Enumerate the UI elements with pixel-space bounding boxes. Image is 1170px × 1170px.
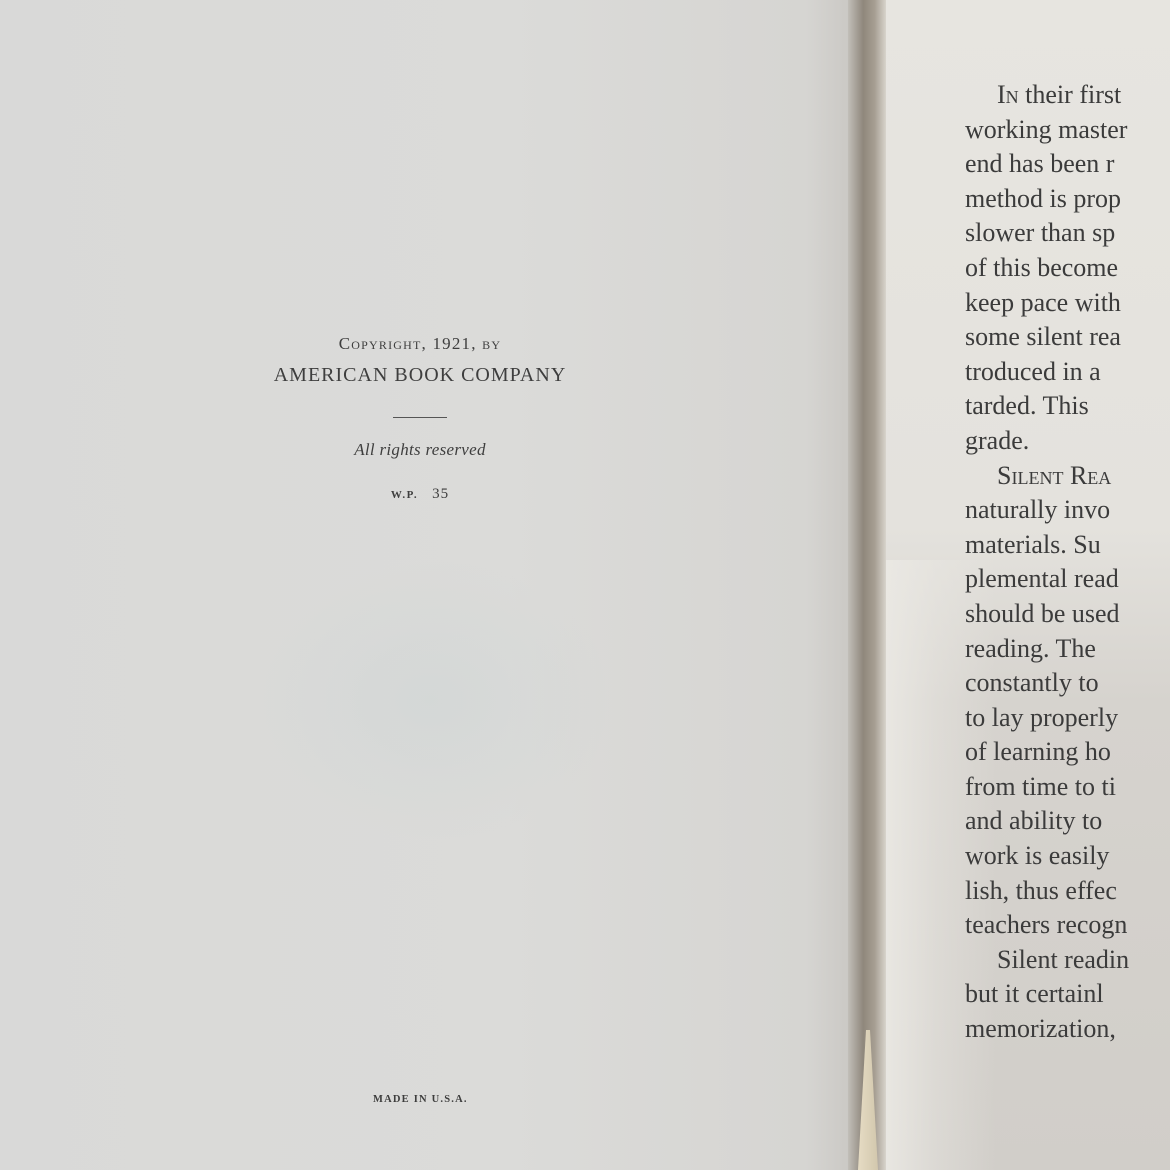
- print-code: W.P.35: [240, 486, 600, 503]
- publisher-name: AMERICAN BOOK COMPANY: [240, 364, 600, 387]
- made-in-usa: MADE IN U.S.A.: [373, 1094, 468, 1105]
- text-line: troduced in a: [965, 355, 1170, 390]
- text-line: constantly to: [965, 666, 1170, 701]
- text-line: but it certainl: [965, 977, 1170, 1012]
- left-page-copyright: [0, 0, 848, 1170]
- text-line: of learning ho: [965, 735, 1170, 770]
- book-gutter: [848, 0, 886, 1170]
- text-line: and ability to: [965, 804, 1170, 839]
- divider-rule: [393, 417, 447, 418]
- text-line: materials. Su: [965, 528, 1170, 563]
- small-caps-lead: Silent Rea: [997, 461, 1111, 490]
- text-line: Silent Rea: [965, 459, 1170, 494]
- rights-reserved: All rights reserved: [240, 440, 600, 460]
- copyright-notice: Copyright, 1921, by AMERICAN BOOK COMPAN…: [240, 330, 600, 503]
- text-line: lish, thus effec: [965, 874, 1170, 909]
- text-line: work is easily: [965, 839, 1170, 874]
- text-line: some silent rea: [965, 320, 1170, 355]
- text-line: to lay properly: [965, 701, 1170, 736]
- print-code-number: 35: [432, 486, 449, 502]
- text-line: reading. The: [965, 632, 1170, 667]
- print-code-label: W.P.: [391, 489, 418, 501]
- text-line: In their first: [965, 78, 1170, 113]
- copyright-line: Copyright, 1921, by: [240, 330, 600, 358]
- text-line: naturally invo: [965, 493, 1170, 528]
- small-caps-lead: In: [997, 80, 1019, 109]
- text-line: grade.: [965, 424, 1170, 459]
- text-line: should be used: [965, 597, 1170, 632]
- text-line: teachers recogn: [965, 908, 1170, 943]
- text-line: plemental read: [965, 562, 1170, 597]
- text-line: memorization,: [965, 1012, 1170, 1047]
- text-line: Silent readin: [965, 943, 1170, 978]
- text-line: of this become: [965, 251, 1170, 286]
- body-text-column: In their firstworking masterend has been…: [965, 78, 1170, 1047]
- text-line: method is prop: [965, 182, 1170, 217]
- text-line: keep pace with: [965, 286, 1170, 321]
- text-line: working master: [965, 113, 1170, 148]
- text-line: slower than sp: [965, 216, 1170, 251]
- text-line: from time to ti: [965, 770, 1170, 805]
- text-line: end has been r: [965, 147, 1170, 182]
- text-line: tarded. This: [965, 389, 1170, 424]
